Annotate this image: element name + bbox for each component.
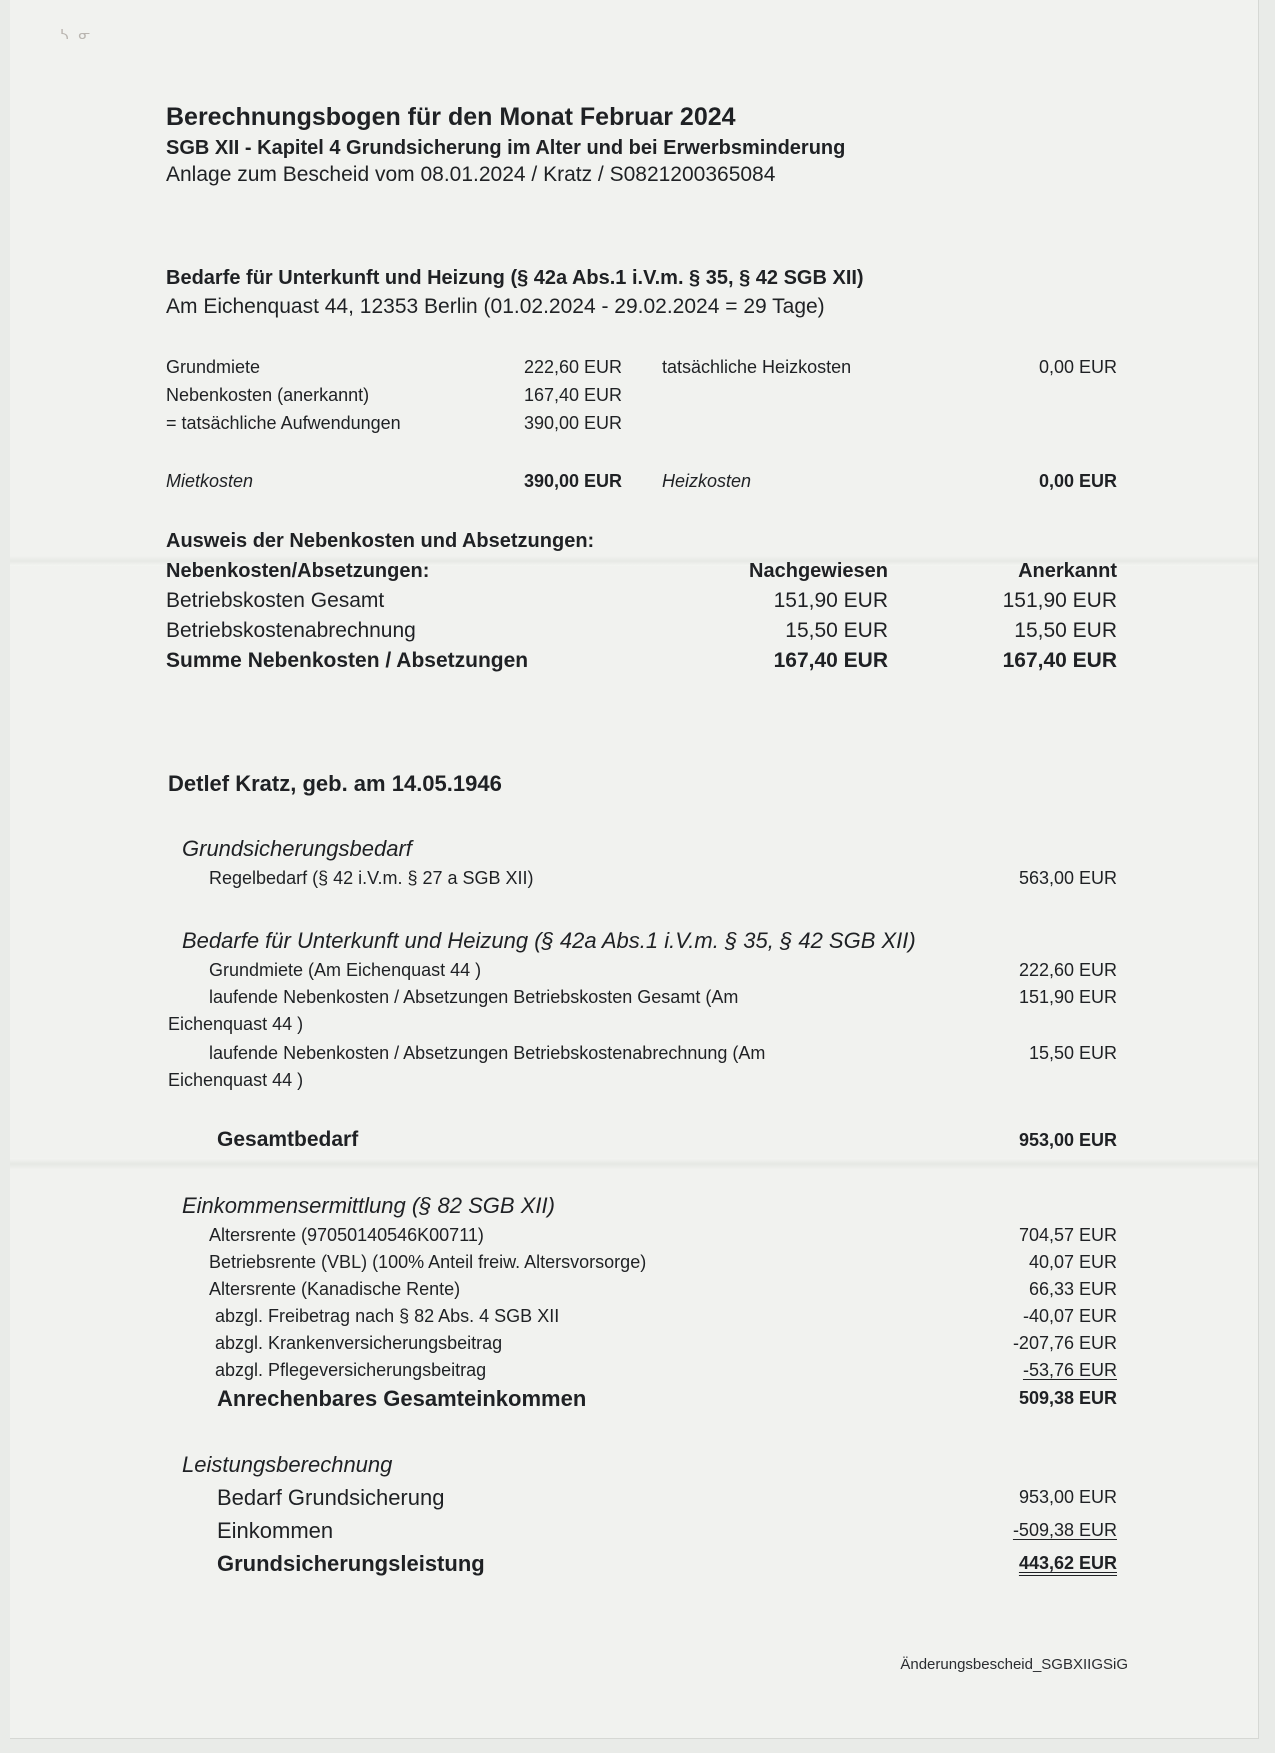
utilities-total-label: Summe Nebenkosten / Absetzungen bbox=[166, 649, 528, 673]
housing-need-value: 151,90 EUR bbox=[890, 987, 1117, 1008]
housing-row-value: 167,40 EUR bbox=[430, 385, 622, 406]
housing-need-value: 222,60 EUR bbox=[890, 960, 1117, 981]
benefit-income-value: -509,38 EUR bbox=[890, 1520, 1117, 1541]
heating-total-label: Heizkosten bbox=[662, 471, 751, 492]
benefit-need-label: Bedarf Grundsicherung bbox=[217, 1485, 444, 1511]
income-row-value: 704,57 EUR bbox=[890, 1225, 1117, 1246]
utilities-row-label: Betriebskostenabrechnung bbox=[166, 619, 416, 643]
utilities-col-proven: Nachgewiesen bbox=[630, 560, 888, 583]
handwritten-mark: ᓴ ᓂ bbox=[60, 26, 93, 43]
basic-need-value: 563,00 EUR bbox=[890, 868, 1117, 889]
heating-value: 0,00 EUR bbox=[890, 357, 1117, 378]
housing-need-label-cont: Eichenquast 44 ) bbox=[168, 1070, 303, 1091]
deduction-value: -53,76 EUR bbox=[890, 1360, 1117, 1381]
housing-need-label-cont: Eichenquast 44 ) bbox=[168, 1014, 303, 1035]
total-need-label: Gesamtbedarf bbox=[217, 1128, 358, 1152]
deduction-value: -40,07 EUR bbox=[890, 1306, 1117, 1327]
income-row-value: 66,33 EUR bbox=[890, 1279, 1117, 1300]
deduction-value-text: -53,76 EUR bbox=[1023, 1360, 1117, 1380]
benefit-result-value: 443,62 EUR bbox=[890, 1553, 1117, 1574]
heating-label: tatsächliche Heizkosten bbox=[662, 357, 851, 378]
utilities-row-recognized: 15,50 EUR bbox=[910, 619, 1117, 643]
income-total-value: 509,38 EUR bbox=[890, 1388, 1117, 1409]
basic-need-label: Regelbedarf (§ 42 i.V.m. § 27 a SGB XII) bbox=[209, 868, 534, 889]
utilities-col-recognized: Anerkannt bbox=[910, 560, 1117, 583]
deduction-label: abzgl. Freibetrag nach § 82 Abs. 4 SGB X… bbox=[215, 1306, 559, 1327]
benefit-result-label: Grundsicherungsleistung bbox=[217, 1551, 485, 1577]
utilities-col-label: Nebenkosten/Absetzungen: bbox=[166, 560, 429, 583]
income-row-label: Altersrente (Kanadische Rente) bbox=[209, 1279, 460, 1300]
benefit-income-label: Einkommen bbox=[217, 1518, 333, 1544]
housing-need-label: laufende Nebenkosten / Absetzungen Betri… bbox=[209, 1043, 765, 1064]
deduction-value: -207,76 EUR bbox=[890, 1333, 1117, 1354]
utilities-total-proven: 167,40 EUR bbox=[630, 649, 888, 673]
income-row-label: Altersrente (97050140546K00711) bbox=[209, 1225, 484, 1246]
income-row-value: 40,07 EUR bbox=[890, 1252, 1117, 1273]
income-heading: Einkommensermittlung (§ 82 SGB XII) bbox=[182, 1193, 555, 1219]
basic-need-heading: Grundsicherungsbedarf bbox=[182, 836, 412, 862]
housing-row-value: 222,60 EUR bbox=[430, 357, 622, 378]
utilities-row-proven: 151,90 EUR bbox=[630, 589, 888, 613]
reference-line: Anlage zum Bescheid vom 08.01.2024 / Kra… bbox=[166, 163, 775, 187]
benefit-income-value-text: -509,38 EUR bbox=[1013, 1520, 1117, 1540]
utilities-total-recognized: 167,40 EUR bbox=[910, 649, 1117, 673]
housing-heading: Bedarfe für Unterkunft und Heizung (§ 42… bbox=[166, 267, 864, 290]
page-title: Berechnungsbogen für den Monat Februar 2… bbox=[166, 103, 736, 132]
income-total-label: Anrechenbares Gesamteinkommen bbox=[217, 1386, 586, 1412]
deduction-label: abzgl. Krankenversicherungsbeitrag bbox=[215, 1333, 502, 1354]
deduction-label: abzgl. Pflegeversicherungsbeitrag bbox=[215, 1360, 486, 1381]
housing-row-label: Grundmiete bbox=[166, 357, 260, 378]
page-subtitle: SGB XII - Kapitel 4 Grundsicherung im Al… bbox=[166, 137, 845, 160]
income-row-label: Betriebsrente (VBL) (100% Anteil freiw. … bbox=[209, 1252, 646, 1273]
person-heading: Detlef Kratz, geb. am 14.05.1946 bbox=[168, 771, 502, 797]
heating-total-value: 0,00 EUR bbox=[890, 471, 1117, 492]
utilities-row-label: Betriebskosten Gesamt bbox=[166, 589, 384, 613]
form-id-footer: Änderungsbescheid_SGBXIIGSiG bbox=[770, 1656, 1128, 1673]
housing-need-heading: Bedarfe für Unterkunft und Heizung (§ 42… bbox=[182, 928, 916, 954]
housing-row-label: = tatsächliche Aufwendungen bbox=[166, 413, 401, 434]
housing-need-label: laufende Nebenkosten / Absetzungen Betri… bbox=[209, 987, 738, 1008]
rent-total-label: Mietkosten bbox=[166, 471, 253, 492]
utilities-row-proven: 15,50 EUR bbox=[630, 619, 888, 643]
utilities-row-recognized: 151,90 EUR bbox=[910, 589, 1117, 613]
utilities-heading: Ausweis der Nebenkosten und Absetzungen: bbox=[166, 530, 594, 553]
housing-address: Am Eichenquast 44, 12353 Berlin (01.02.2… bbox=[166, 295, 825, 319]
document-page: ᓴ ᓂ Berechnungsbogen für den Monat Febru… bbox=[10, 0, 1259, 1739]
benefit-need-value: 953,00 EUR bbox=[890, 1487, 1117, 1508]
housing-need-label: Grundmiete (Am Eichenquast 44 ) bbox=[209, 960, 481, 981]
housing-need-value: 15,50 EUR bbox=[890, 1043, 1117, 1064]
total-need-value: 953,00 EUR bbox=[890, 1130, 1117, 1151]
rent-total-value: 390,00 EUR bbox=[430, 471, 622, 492]
benefit-heading: Leistungsberechnung bbox=[182, 1452, 392, 1478]
benefit-result-value-text: 443,62 EUR bbox=[1019, 1553, 1117, 1573]
housing-row-label: Nebenkosten (anerkannt) bbox=[166, 385, 369, 406]
housing-row-value: 390,00 EUR bbox=[430, 413, 622, 434]
